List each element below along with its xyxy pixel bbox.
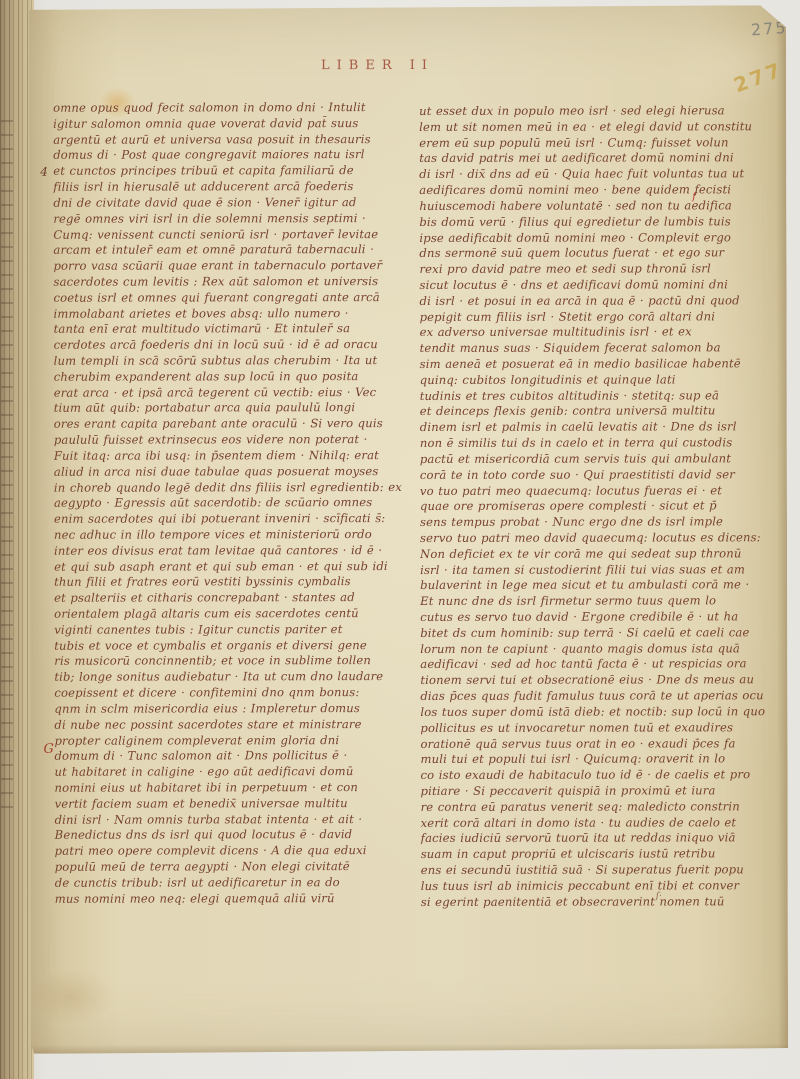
manuscript-text-line: xerit corā altari in domo ista · tu audi… (421, 815, 777, 832)
manuscript-text-line: ut esset dux in populo meo isrl · sed el… (419, 103, 775, 120)
manuscript-text-line: filiis isrl in hierusalē ut adducerent a… (53, 179, 405, 196)
manuscript-text-line: lem ut sit nomen meū in ea · et elegi da… (419, 119, 775, 136)
manuscript-text-line: cerdotes arcā foederis dni in locū suū ·… (54, 337, 406, 354)
manuscript-text-line: vo tuo patri meo quaecumq: locutus fuera… (420, 483, 776, 500)
manuscript-text-line: aegypto · Egressis aūt sacerdotib: de sc… (54, 495, 406, 512)
manuscript-text-line: erem eū sup populū meū isrl · Cumq: fuis… (419, 135, 775, 152)
manuscript-text-line: mus nomini meo neq: elegi quemquā aliū v… (55, 891, 407, 908)
manuscript-photo: LIBER II 275 277 4 G ſ ſ· omne opus quod… (0, 0, 800, 1079)
manuscript-text-line: et psalteriis et citharis concrepabant ·… (54, 590, 406, 607)
manuscript-text-line: re contra eū paratus venerit seq: maledi… (421, 799, 777, 816)
manuscript-text-line: qnm in sclm misericordia eius : Impleret… (54, 701, 406, 718)
manuscript-text-line: thun filii et fratres eorū vestiti byssi… (54, 574, 406, 591)
manuscript-text-line: domum di · Tunc salomon ait · Dns pollic… (54, 748, 406, 765)
manuscript-text-line: ipse aedificabit domū nomini meo · Compl… (419, 230, 775, 247)
manuscript-text-line: Non deficiet ex te vir corā me qui sedea… (420, 546, 776, 563)
manuscript-text-line: quinq: cubitos longitudinis et quinque l… (420, 372, 776, 389)
parchment-folio: LIBER II 275 277 4 G ſ ſ· omne opus quod… (29, 5, 788, 1054)
manuscript-text-line: tib; longe sonitus audiebatur · Ita ut c… (54, 669, 406, 686)
manuscript-text-line: argentū et aurū et universa vasa posuit … (53, 132, 405, 149)
manuscript-text-line: pollicitus es ut invocaretur nomen tuū e… (420, 720, 776, 737)
manuscript-text-line: Cumq: venissent cuncti seniorū isrl · po… (53, 227, 405, 244)
manuscript-text-line: enim sacerdotes qui ibi potuerant inveni… (54, 511, 406, 528)
manuscript-text-line: corā te in toto corde suo · Qui praestit… (420, 467, 776, 484)
manuscript-text-line: pepigit cum filiis isrl · Stetit ergo co… (420, 309, 776, 326)
manuscript-text-line: muli tui et populi tui isrl · Quicumq: o… (420, 752, 776, 769)
manuscript-text-line: coetus isrl et omnes qui fuerant congreg… (53, 290, 405, 307)
manuscript-text-line: ris musicorū concinnentib; et voce in su… (54, 653, 406, 670)
manuscript-text-line: pitiare · Si peccaverit quispiā in proxi… (421, 783, 777, 800)
manuscript-text-line: sens tempus probat · Nunc ergo dne ds is… (420, 514, 776, 531)
adjacent-leaf-text-edge (1, 120, 13, 820)
manuscript-text-line: suam in caput propriū et ulciscaris iust… (421, 846, 777, 863)
manuscript-text-line: facies iudiciū servorū tuorū ita ut redd… (421, 831, 777, 848)
manuscript-text-line: orationē quā servus tuus orat in eo · ex… (420, 736, 776, 753)
manuscript-text-line: dini isrl · Nam omnis turba stabat inten… (55, 812, 407, 829)
manuscript-text-line: et cunctos principes tribuū et capita fa… (53, 163, 405, 180)
manuscript-text-line: lus tuus isrl ab inimicis peccabunt enī … (421, 878, 777, 895)
manuscript-text-line: rexi pro david patre meo et sedi sup thr… (419, 261, 775, 278)
manuscript-text-line: orientalem plagā altaris cum eis sacerdo… (54, 606, 406, 623)
manuscript-text-line: co isto exaudi de habitaculo tuo id ē · … (420, 767, 776, 784)
manuscript-text-line: isrl · ita tamen si custodierint filii t… (420, 562, 776, 579)
manuscript-text-line: di isrl · dix̄ dns ad eū · Quia haec fui… (419, 166, 775, 183)
manuscript-text-line: vertit faciem suam et benedix̄ universae… (55, 796, 407, 813)
manuscript-text-line: Benedictus dns ds isrl qui quod locutus … (55, 827, 407, 844)
manuscript-text-line: cutus es servo tuo david · Ergone credib… (420, 609, 776, 626)
manuscript-text-line: bulaverint in lege mea sicut et tu ambul… (420, 578, 776, 595)
manuscript-text-line: aedificares domū nomini meo · bene quide… (419, 182, 775, 199)
manuscript-text-line: ut habitaret in caligine · ego aūt aedif… (54, 764, 406, 781)
manuscript-text-line: paululū fuisset extrinsecus eos videre n… (54, 432, 406, 449)
manuscript-text-line: lum templi in scā scōrū subtus alas cher… (54, 353, 406, 370)
manuscript-text-line: tudinis et tres cubitos altitudinis · st… (420, 388, 776, 405)
manuscript-text-line: ens ei secundū iustitiā suā · Si superat… (421, 862, 777, 879)
margin-section-mark: G (43, 742, 53, 757)
manuscript-text-line: de cunctis tribub: isrl ut aedificaretur… (55, 875, 407, 892)
manuscript-text-line: coepissent et dicere · confitemini dno q… (54, 685, 406, 702)
manuscript-text-line: si egerint paenitentiā et obsecraverint … (421, 894, 777, 911)
page-bottom-edge-shading (31, 1043, 788, 1054)
manuscript-text-line: dns sermonē suū quem locutus fuerat · et… (419, 246, 775, 263)
manuscript-text-line: dias p̄ces quas fudit famulus tuus corā … (420, 688, 776, 705)
running-title: LIBER II (321, 58, 434, 73)
manuscript-text-line: sacerdotes cum levitis : Rex aūt salomon… (53, 274, 405, 291)
manuscript-text-line: patri meo opere complevit dicens · A die… (55, 843, 407, 860)
manuscript-text-line: tionem servi tui et obsecrationē eius · … (420, 672, 776, 689)
manuscript-text-line: inter eos divisus erat tam levitae quā c… (54, 543, 406, 560)
manuscript-text-line: Fuit itaq: arca ibi usq: in p̄sentem die… (54, 448, 406, 465)
manuscript-text-line: dinem isrl et palmis in caelū levatis ai… (420, 419, 776, 436)
manuscript-text-line: bis domū verū · filius qui egredietur de… (419, 214, 775, 231)
manuscript-text-line: quae ore promiseras opere complesti · si… (420, 499, 776, 516)
text-column-left: omne opus quod fecit salomon in domo dni… (53, 100, 407, 907)
manuscript-text-line: tendit manus suas · Siquidem fecerat sal… (420, 340, 776, 357)
manuscript-text-line: erat arca · et ipsā arcā tegerent cū vec… (54, 385, 406, 402)
manuscript-text-line: lorum non te capiunt · quanto magis domu… (420, 641, 776, 658)
manuscript-text-line: non ē similis tui ds in caelo et in terr… (420, 435, 776, 452)
manuscript-text-line: huiuscemodi habere voluntatē · sed non t… (419, 198, 775, 215)
manuscript-text-line: di isrl · et posui in ea arcā in qua ē ·… (420, 293, 776, 310)
manuscript-text-line: tubis et voce et cymbalis et organis et … (54, 638, 406, 655)
manuscript-text-line: tium aūt quib: portabatur arca quia paul… (54, 400, 406, 417)
text-column-right: ut esset dux in populo meo isrl · sed el… (419, 103, 777, 910)
manuscript-text-line: viginti canentes tubis : Igitur cunctis … (54, 622, 406, 639)
manuscript-text-line: bitet ds cum hominib: sup terrā · Si cae… (420, 625, 776, 642)
manuscript-text-line: pactū et misericordiā cum servis tuis qu… (420, 451, 776, 468)
manuscript-text-line: domus di · Post quae congregavit maiores… (53, 147, 405, 164)
manuscript-text-line: sim aeneā et posuerat eā in medio basili… (420, 356, 776, 373)
manuscript-text-line: servo tuo patri meo david quaecumq: locu… (420, 530, 776, 547)
margin-quire-mark: 4 (40, 165, 48, 179)
manuscript-text-line: propter caliginem compleverat enim glori… (54, 733, 406, 750)
manuscript-text-line: nec adhuc in illo tempore vices et minis… (54, 527, 406, 544)
manuscript-text-line: tanta enī erat multitudo victimarū · Et … (54, 321, 406, 338)
manuscript-text-line: ex adverso universae multitudinis isrl ·… (420, 325, 776, 342)
manuscript-text-line: ores erant capita parebant ante oraculū … (54, 416, 406, 433)
manuscript-text-line: dni de civitate david quae ē sion · Vene… (53, 195, 405, 212)
manuscript-text-line: et qui sub asaph erant et qui sub eman ·… (54, 559, 406, 576)
manuscript-text-line: porro vasa scūarii quae erant in taberna… (53, 258, 405, 275)
manuscript-text-line: di nube nec possint sacerdotes stare et … (54, 717, 406, 734)
manuscript-text-line: tas david patris mei ut aedificaret domū… (419, 151, 775, 168)
manuscript-text-line: omne opus quod fecit salomon in domo dni… (53, 100, 405, 117)
manuscript-text-line: igitur salomon omnia quae voverat david … (53, 116, 405, 133)
manuscript-text-line: aedificavi · sed ad hoc tantū facta ē · … (420, 657, 776, 674)
manuscript-text-line: immolabant arietes et boves absq: ullo n… (54, 306, 406, 323)
manuscript-text-line: in choreb quando legē dedit dns filiis i… (54, 480, 406, 497)
manuscript-text-line: nomini eius ut habitaret ibi in perpetuu… (55, 780, 407, 797)
book-gutter-page-edges (0, 0, 34, 1079)
manuscript-text-line: regē omnes viri isrl in die solemni mens… (53, 211, 405, 228)
manuscript-text-line: populū meū de terra aegypti · Non elegi … (55, 859, 407, 876)
manuscript-text-line: arcam et intuler̄ eam et omnē paraturā t… (53, 242, 405, 259)
manuscript-text-line: et deinceps flexis genib: contra univers… (420, 404, 776, 421)
manuscript-text-line: aliud in arca nisi duae tabulae quas pos… (54, 464, 406, 481)
manuscript-text-line: sicut locutus ē · dns et aedificavi domū… (419, 277, 775, 294)
manuscript-text-line: Et nunc dne ds isrl firmetur sermo tuus … (420, 593, 776, 610)
page-right-edge-shading (776, 5, 788, 1052)
manuscript-text-line: cherubim expanderent alas sup locū in qu… (54, 369, 406, 386)
manuscript-text-line: los tuos super domū istā dieb: et noctib… (420, 704, 776, 721)
